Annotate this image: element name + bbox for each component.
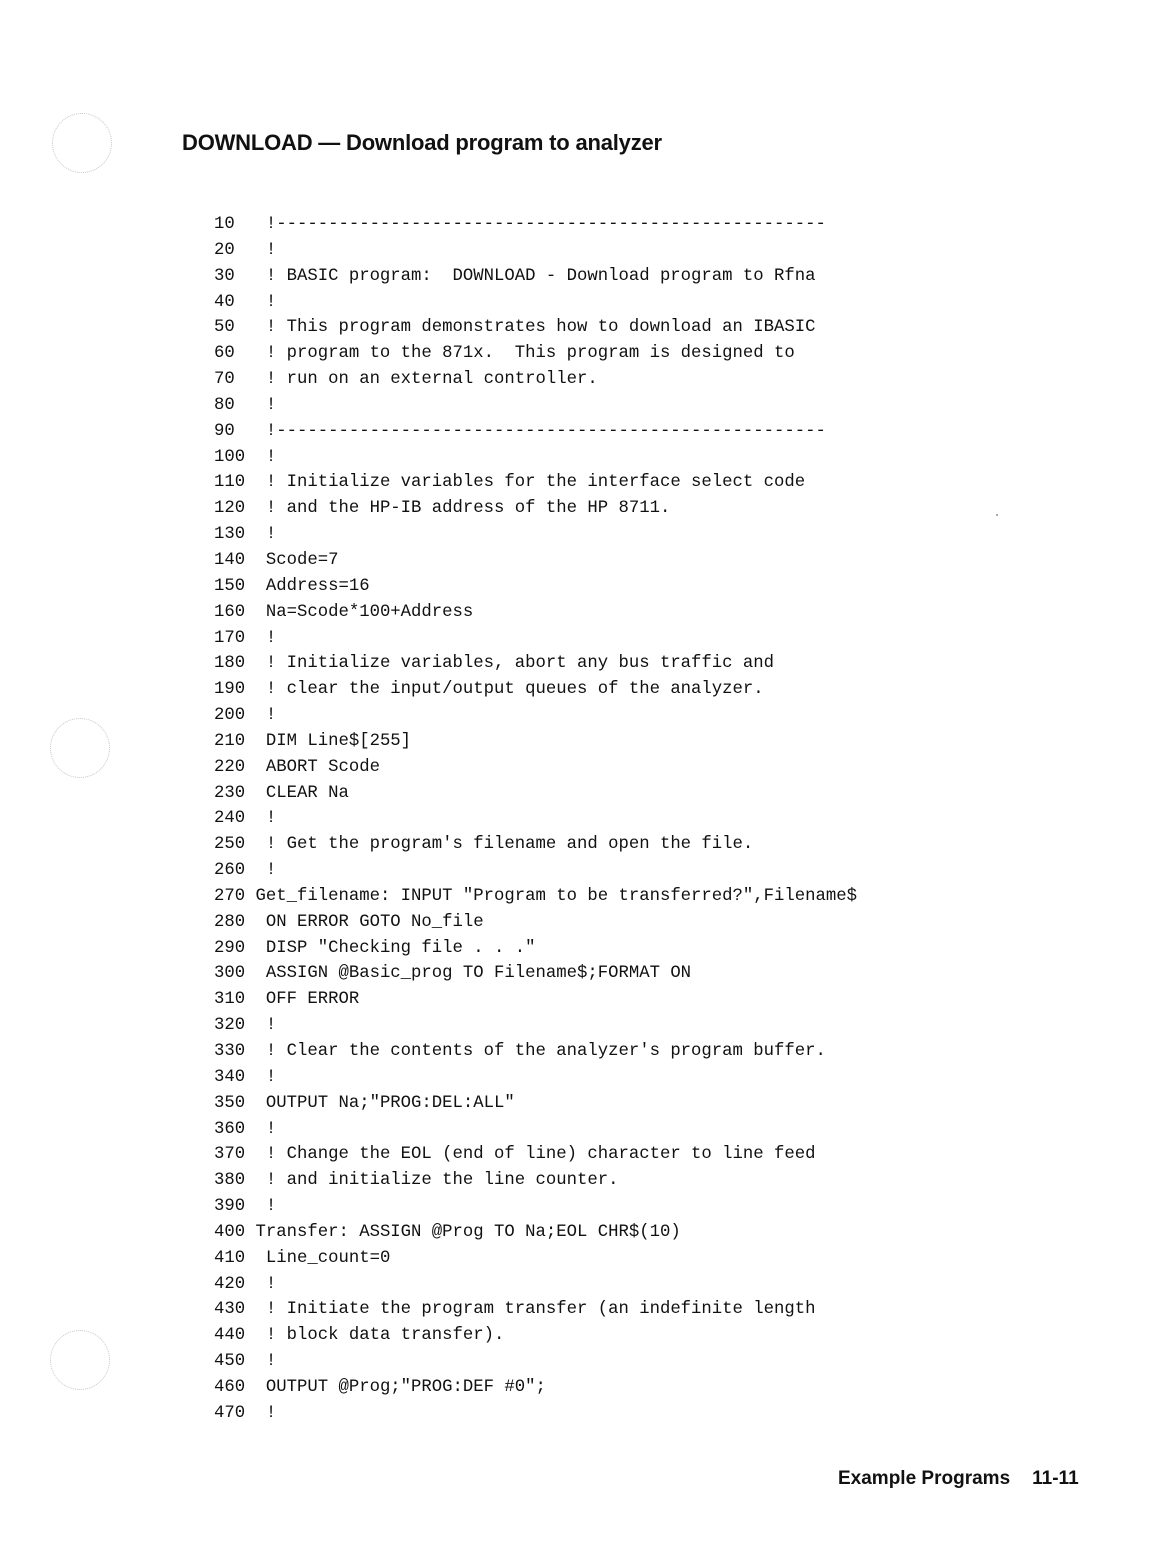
footer-section-label: Example Programs	[838, 1468, 1010, 1489]
code-listing: 10 !------------------------------------…	[214, 212, 857, 1427]
line-code: ! Initialize variables, abort any bus tr…	[245, 651, 774, 677]
binder-hole-bottom	[50, 1330, 110, 1390]
line-number: 240	[214, 806, 245, 832]
line-code: Transfer: ASSIGN @Prog TO Na;EOL CHR$(10…	[245, 1220, 681, 1246]
code-line: 270 Get_filename: INPUT "Program to be t…	[214, 884, 857, 910]
line-number: 50	[214, 315, 235, 341]
line-code: Address=16	[245, 574, 369, 600]
line-number: 300	[214, 961, 245, 987]
line-number: 370	[214, 1142, 245, 1168]
line-number: 360	[214, 1117, 245, 1143]
line-code: !	[245, 1013, 276, 1039]
line-number: 150	[214, 574, 245, 600]
code-line: 70 ! run on an external controller.	[214, 367, 857, 393]
line-code: ! Clear the contents of the analyzer's p…	[245, 1039, 826, 1065]
line-number: 280	[214, 910, 245, 936]
line-code: Na=Scode*100+Address	[245, 600, 473, 626]
line-number: 320	[214, 1013, 245, 1039]
line-code: !	[245, 1401, 276, 1427]
code-line: 450 !	[214, 1349, 857, 1375]
scan-speck	[996, 514, 998, 516]
line-number: 100	[214, 445, 245, 471]
line-code: !	[235, 290, 276, 316]
line-code: !	[235, 238, 276, 264]
line-code: ! Get the program's filename and open th…	[245, 832, 753, 858]
line-code: !	[235, 393, 276, 419]
code-line: 330 ! Clear the contents of the analyzer…	[214, 1039, 857, 1065]
code-line: 190 ! clear the input/output queues of t…	[214, 677, 857, 703]
code-line: 140 Scode=7	[214, 548, 857, 574]
code-line: 420 !	[214, 1272, 857, 1298]
code-line: 20 !	[214, 238, 857, 264]
line-code: OUTPUT @Prog;"PROG:DEF #0";	[245, 1375, 546, 1401]
code-line: 30 ! BASIC program: DOWNLOAD - Download …	[214, 264, 857, 290]
line-code: Line_count=0	[245, 1246, 390, 1272]
line-number: 470	[214, 1401, 245, 1427]
line-number: 110	[214, 470, 245, 496]
line-code: OUTPUT Na;"PROG:DEL:ALL"	[245, 1091, 515, 1117]
code-line: 290 DISP "Checking file . . ."	[214, 936, 857, 962]
code-line: 240 !	[214, 806, 857, 832]
line-code: CLEAR Na	[245, 781, 349, 807]
code-line: 90 !------------------------------------…	[214, 419, 857, 445]
code-line: 120 ! and the HP-IB address of the HP 87…	[214, 496, 857, 522]
line-code: ! Initialize variables for the interface…	[245, 470, 805, 496]
line-number: 40	[214, 290, 235, 316]
code-line: 380 ! and initialize the line counter.	[214, 1168, 857, 1194]
line-number: 230	[214, 781, 245, 807]
line-number: 130	[214, 522, 245, 548]
line-code: !	[245, 806, 276, 832]
line-code: !	[245, 445, 276, 471]
line-code: ! block data transfer).	[245, 1323, 504, 1349]
code-line: 320 !	[214, 1013, 857, 1039]
binder-hole-middle	[50, 718, 110, 778]
line-code: Get_filename: INPUT "Program to be trans…	[245, 884, 857, 910]
line-code: ON ERROR GOTO No_file	[245, 910, 484, 936]
page-footer: Example Programs11-11	[838, 1468, 1079, 1490]
code-line: 200 !	[214, 703, 857, 729]
line-number: 30	[214, 264, 235, 290]
line-code: ! This program demonstrates how to downl…	[235, 315, 816, 341]
code-line: 360 !	[214, 1117, 857, 1143]
line-number: 260	[214, 858, 245, 884]
line-code: OFF ERROR	[245, 987, 359, 1013]
line-number: 340	[214, 1065, 245, 1091]
code-line: 130 !	[214, 522, 857, 548]
line-number: 180	[214, 651, 245, 677]
line-code: !---------------------------------------…	[235, 419, 826, 445]
code-line: 260 !	[214, 858, 857, 884]
line-number: 450	[214, 1349, 245, 1375]
line-number: 270	[214, 884, 245, 910]
line-code: ! program to the 871x. This program is d…	[235, 341, 795, 367]
line-number: 420	[214, 1272, 245, 1298]
line-code: ! Initiate the program transfer (an inde…	[245, 1297, 815, 1323]
line-number: 220	[214, 755, 245, 781]
code-line: 50 ! This program demonstrates how to do…	[214, 315, 857, 341]
line-code: ! BASIC program: DOWNLOAD - Download pro…	[235, 264, 816, 290]
line-number: 380	[214, 1168, 245, 1194]
line-code: ! run on an external controller.	[235, 367, 598, 393]
code-line: 210 DIM Line$[255]	[214, 729, 857, 755]
line-number: 200	[214, 703, 245, 729]
line-number: 160	[214, 600, 245, 626]
line-number: 390	[214, 1194, 245, 1220]
code-line: 280 ON ERROR GOTO No_file	[214, 910, 857, 936]
line-number: 70	[214, 367, 235, 393]
code-line: 370 ! Change the EOL (end of line) chara…	[214, 1142, 857, 1168]
code-line: 430 ! Initiate the program transfer (an …	[214, 1297, 857, 1323]
line-code: !	[245, 1117, 276, 1143]
code-line: 110 ! Initialize variables for the inter…	[214, 470, 857, 496]
line-number: 410	[214, 1246, 245, 1272]
code-line: 160 Na=Scode*100+Address	[214, 600, 857, 626]
code-line: 390 !	[214, 1194, 857, 1220]
line-number: 190	[214, 677, 245, 703]
code-line: 150 Address=16	[214, 574, 857, 600]
code-line: 170 !	[214, 626, 857, 652]
code-line: 300 ASSIGN @Basic_prog TO Filename$;FORM…	[214, 961, 857, 987]
line-code: ABORT Scode	[245, 755, 380, 781]
code-line: 80 !	[214, 393, 857, 419]
line-code: Scode=7	[245, 548, 338, 574]
binder-hole-top	[52, 113, 112, 173]
line-code: ! and the HP-IB address of the HP 8711.	[245, 496, 670, 522]
code-line: 460 OUTPUT @Prog;"PROG:DEF #0";	[214, 1375, 857, 1401]
line-code: !	[245, 703, 276, 729]
line-number: 60	[214, 341, 235, 367]
code-line: 340 !	[214, 1065, 857, 1091]
code-line: 10 !------------------------------------…	[214, 212, 857, 238]
code-line: 410 Line_count=0	[214, 1246, 857, 1272]
line-number: 330	[214, 1039, 245, 1065]
code-line: 230 CLEAR Na	[214, 781, 857, 807]
line-number: 120	[214, 496, 245, 522]
line-code: !	[245, 522, 276, 548]
footer-page-number: 11-11	[1032, 1468, 1079, 1489]
code-line: 470 !	[214, 1401, 857, 1427]
line-code: !	[245, 1272, 276, 1298]
line-number: 400	[214, 1220, 245, 1246]
code-line: 100 !	[214, 445, 857, 471]
line-number: 80	[214, 393, 235, 419]
line-code: ! clear the input/output queues of the a…	[245, 677, 764, 703]
line-code: !	[245, 626, 276, 652]
line-number: 90	[214, 419, 235, 445]
code-line: 440 ! block data transfer).	[214, 1323, 857, 1349]
line-number: 10	[214, 212, 235, 238]
line-code: !	[245, 1194, 276, 1220]
code-line: 350 OUTPUT Na;"PROG:DEL:ALL"	[214, 1091, 857, 1117]
line-code: ! and initialize the line counter.	[245, 1168, 618, 1194]
line-code: !	[245, 858, 276, 884]
code-line: 250 ! Get the program's filename and ope…	[214, 832, 857, 858]
line-code: ASSIGN @Basic_prog TO Filename$;FORMAT O…	[245, 961, 691, 987]
line-code: !	[245, 1065, 276, 1091]
line-code: !---------------------------------------…	[235, 212, 826, 238]
code-line: 400 Transfer: ASSIGN @Prog TO Na;EOL CHR…	[214, 1220, 857, 1246]
line-number: 250	[214, 832, 245, 858]
line-number: 460	[214, 1375, 245, 1401]
code-line: 220 ABORT Scode	[214, 755, 857, 781]
code-line: 180 ! Initialize variables, abort any bu…	[214, 651, 857, 677]
code-line: 310 OFF ERROR	[214, 987, 857, 1013]
line-number: 310	[214, 987, 245, 1013]
line-number: 430	[214, 1297, 245, 1323]
line-number: 20	[214, 238, 235, 264]
line-number: 140	[214, 548, 245, 574]
line-number: 210	[214, 729, 245, 755]
line-code: DISP "Checking file . . ."	[245, 936, 535, 962]
line-code: ! Change the EOL (end of line) character…	[245, 1142, 815, 1168]
line-number: 440	[214, 1323, 245, 1349]
code-line: 60 ! program to the 871x. This program i…	[214, 341, 857, 367]
line-number: 350	[214, 1091, 245, 1117]
line-number: 170	[214, 626, 245, 652]
line-code: !	[245, 1349, 276, 1375]
line-code: DIM Line$[255]	[245, 729, 411, 755]
code-line: 40 !	[214, 290, 857, 316]
page-title: DOWNLOAD — Download program to analyzer	[182, 130, 662, 156]
line-number: 290	[214, 936, 245, 962]
